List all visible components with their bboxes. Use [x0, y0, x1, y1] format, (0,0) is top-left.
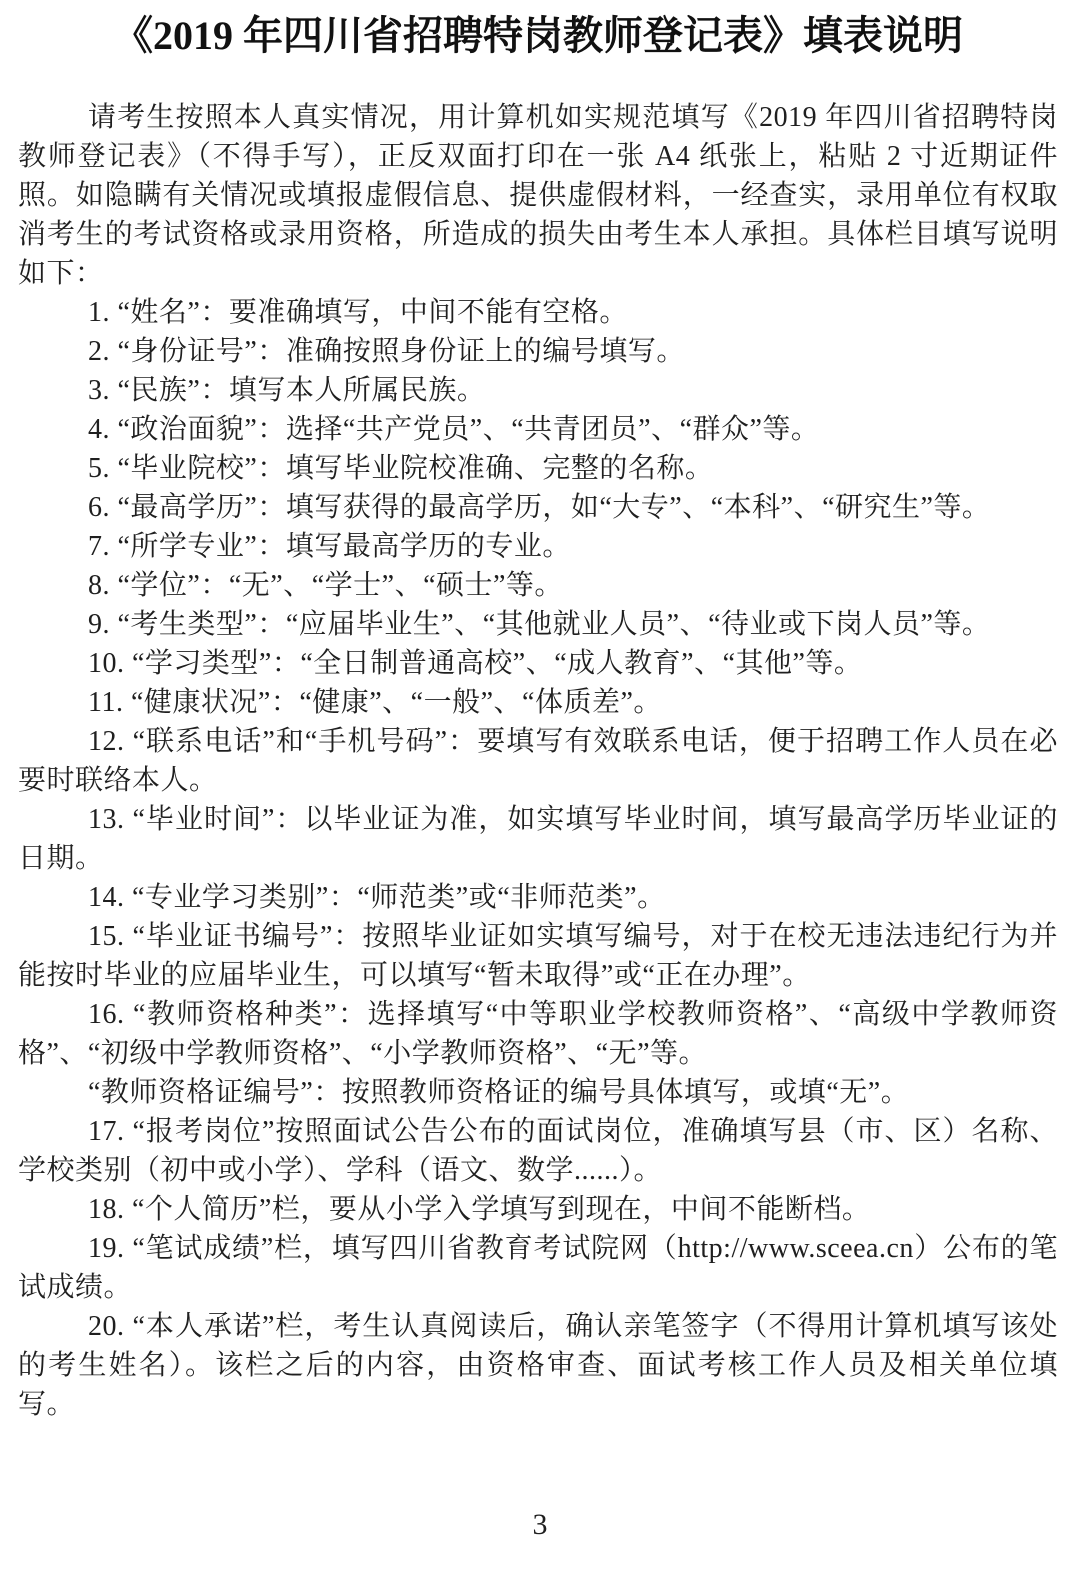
instruction-item-8: 8. “学位”：“无”、“学士”、“硕士”等。 — [18, 566, 1058, 605]
instruction-item-6: 6. “最高学历”：填写获得的最高学历，如“大专”、“本科”、“研究生”等。 — [18, 488, 1058, 527]
instruction-item-13: 13. “毕业时间”：以毕业证为准，如实填写毕业时间，填写最高学历毕业证的日期。 — [18, 800, 1058, 878]
instruction-item-12: 12. “联系电话”和“手机号码”：要填写有效联系电话，便于招聘工作人员在必要时… — [18, 722, 1058, 800]
instruction-item-14: 14. “专业学习类别”：“师范类”或“非师范类”。 — [18, 878, 1058, 917]
intro-paragraph: 请考生按照本人真实情况，用计算机如实规范填写《2019 年四川省招聘特岗教师登记… — [18, 98, 1058, 293]
instruction-item-17: 17. “报考岗位”按照面试公告公布的面试岗位，准确填写县（市、区）名称、学校类… — [18, 1112, 1058, 1190]
instruction-item-10: 10. “学习类型”：“全日制普通高校”、“成人教育”、“其他”等。 — [18, 644, 1058, 683]
instruction-item-3: 3. “民族”：填写本人所属民族。 — [18, 371, 1058, 410]
instruction-item-2: 2. “身份证号”：准确按照身份证上的编号填写。 — [18, 332, 1058, 371]
instruction-item-16-sub: “教师资格证编号”：按照教师资格证的编号具体填写，或填“无”。 — [18, 1073, 1058, 1112]
page-number: 3 — [0, 1508, 1080, 1542]
instruction-item-5: 5. “毕业院校”：填写毕业院校准确、完整的名称。 — [18, 449, 1058, 488]
instruction-item-7: 7. “所学专业”：填写最高学历的专业。 — [18, 527, 1058, 566]
instruction-item-20: 20. “本人承诺”栏，考生认真阅读后，确认亲笔签字（不得用计算机填写该处的考生… — [18, 1307, 1058, 1424]
page-title: 《2019 年四川省招聘特岗教师登记表》填表说明 — [18, 10, 1058, 62]
instruction-item-11: 11. “健康状况”：“健康”、“一般”、“体质差”。 — [18, 683, 1058, 722]
instruction-item-1: 1. “姓名”：要准确填写，中间不能有空格。 — [18, 293, 1058, 332]
instruction-item-4: 4. “政治面貌”：选择“共产党员”、“共青团员”、“群众”等。 — [18, 410, 1058, 449]
instruction-item-15: 15. “毕业证书编号”：按照毕业证如实填写编号，对于在校无违法违纪行为并能按时… — [18, 917, 1058, 995]
instruction-item-18: 18. “个人简历”栏，要从小学入学填写到现在，中间不能断档。 — [18, 1190, 1058, 1229]
instruction-item-9: 9. “考生类型”：“应届毕业生”、“其他就业人员”、“待业或下岗人员”等。 — [18, 605, 1058, 644]
instruction-item-16: 16. “教师资格种类”：选择填写“中等职业学校教师资格”、“高级中学教师资格”… — [18, 995, 1058, 1073]
document-page: 《2019 年四川省招聘特岗教师登记表》填表说明 请考生按照本人真实情况，用计算… — [0, 0, 1080, 1572]
instruction-item-19: 19. “笔试成绩”栏，填写四川省教育考试院网（http://www.sceea… — [18, 1229, 1058, 1307]
document-body: 请考生按照本人真实情况，用计算机如实规范填写《2019 年四川省招聘特岗教师登记… — [18, 98, 1058, 1424]
